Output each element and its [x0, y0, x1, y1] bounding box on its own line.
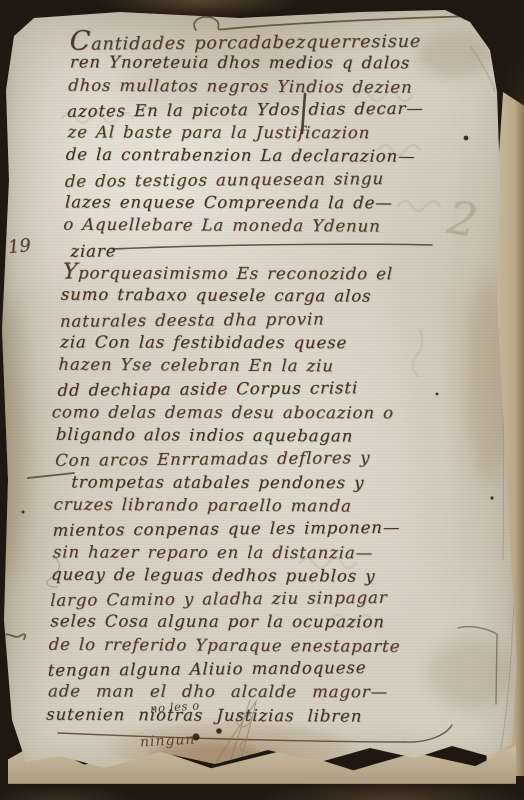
manuscript-line: tengan alguna Aliuio mandoquese [47, 655, 468, 682]
manuscript-line: de la contrabenzion La declarazion— [65, 143, 486, 169]
manuscript-text: Cantidades porcadabezquerresisue ren Yno… [46, 28, 490, 727]
manuscript-line: sin hazer reparo en la distanzia— [52, 540, 473, 564]
manuscript-line: ziare [70, 236, 483, 263]
stain [0, 300, 26, 580]
manuscript-line: Cantidades porcadabezquerresisue [69, 26, 490, 53]
manuscript-photo: 19 2 Cantidades porcadabezquerresisue re… [0, 0, 524, 800]
manuscript-line: zia Con las festibidades quese [60, 330, 481, 354]
manuscript-line: azotes En la picota Ydos dias decar— [67, 96, 488, 123]
manuscript-line: como delas demas desu abocazion o [51, 400, 478, 424]
left-edge-squiggle [1, 634, 25, 639]
manuscript-line: mientos conpenas que les imponen— [52, 515, 473, 542]
manuscript-line: naturales deesta dha provin [60, 306, 481, 333]
manuscript-line: de dos testigos aunquesean singu [65, 166, 486, 193]
manuscript-line: ze Al baste para la Justificazion [67, 121, 488, 145]
manuscript-line: o Aquellebare La moneda Ydenun [63, 213, 484, 239]
manuscript-line: ren Ynoreteuia dhos medios q dalos [70, 51, 491, 75]
manuscript-line: dhos mullatos negros Yindios dezien [68, 73, 489, 99]
manuscript-line: dd dechiapa aside Corpus cristi [57, 376, 478, 403]
manuscript-line: sumo trabaxo quesele carga alos [60, 283, 481, 309]
manuscript-line: de lo rreferido Yparaque enestaparte [48, 632, 469, 658]
manuscript-page: 19 2 Cantidades porcadabezquerresisue re… [0, 0, 524, 800]
folio-number: 19 [7, 235, 32, 258]
interlinear-note-below: ningun [140, 732, 196, 751]
manuscript-line: Yporqueasimismo Es reconozido el [62, 260, 483, 284]
manuscript-line: trompetas atabales pendones y [71, 470, 476, 494]
manuscript-line: seles Cosa alguna por la ocupazion [50, 610, 471, 634]
manuscript-line: largo Camino y aladha ziu sinpagar [50, 585, 471, 612]
manuscript-line: lazes enquese Compreenda la de— [65, 191, 486, 215]
manuscript-line: Con arcos Enrramadas deflores y [55, 446, 476, 473]
manuscript-line: sutenien niotras Justizias libren [46, 702, 467, 728]
manuscript-line: queay de leguas dedhos pueblos y [51, 563, 472, 589]
manuscript-line: cruzes librando paraello manda [53, 493, 474, 519]
manuscript-line: ade man el dho alcalde magor— [48, 680, 469, 704]
